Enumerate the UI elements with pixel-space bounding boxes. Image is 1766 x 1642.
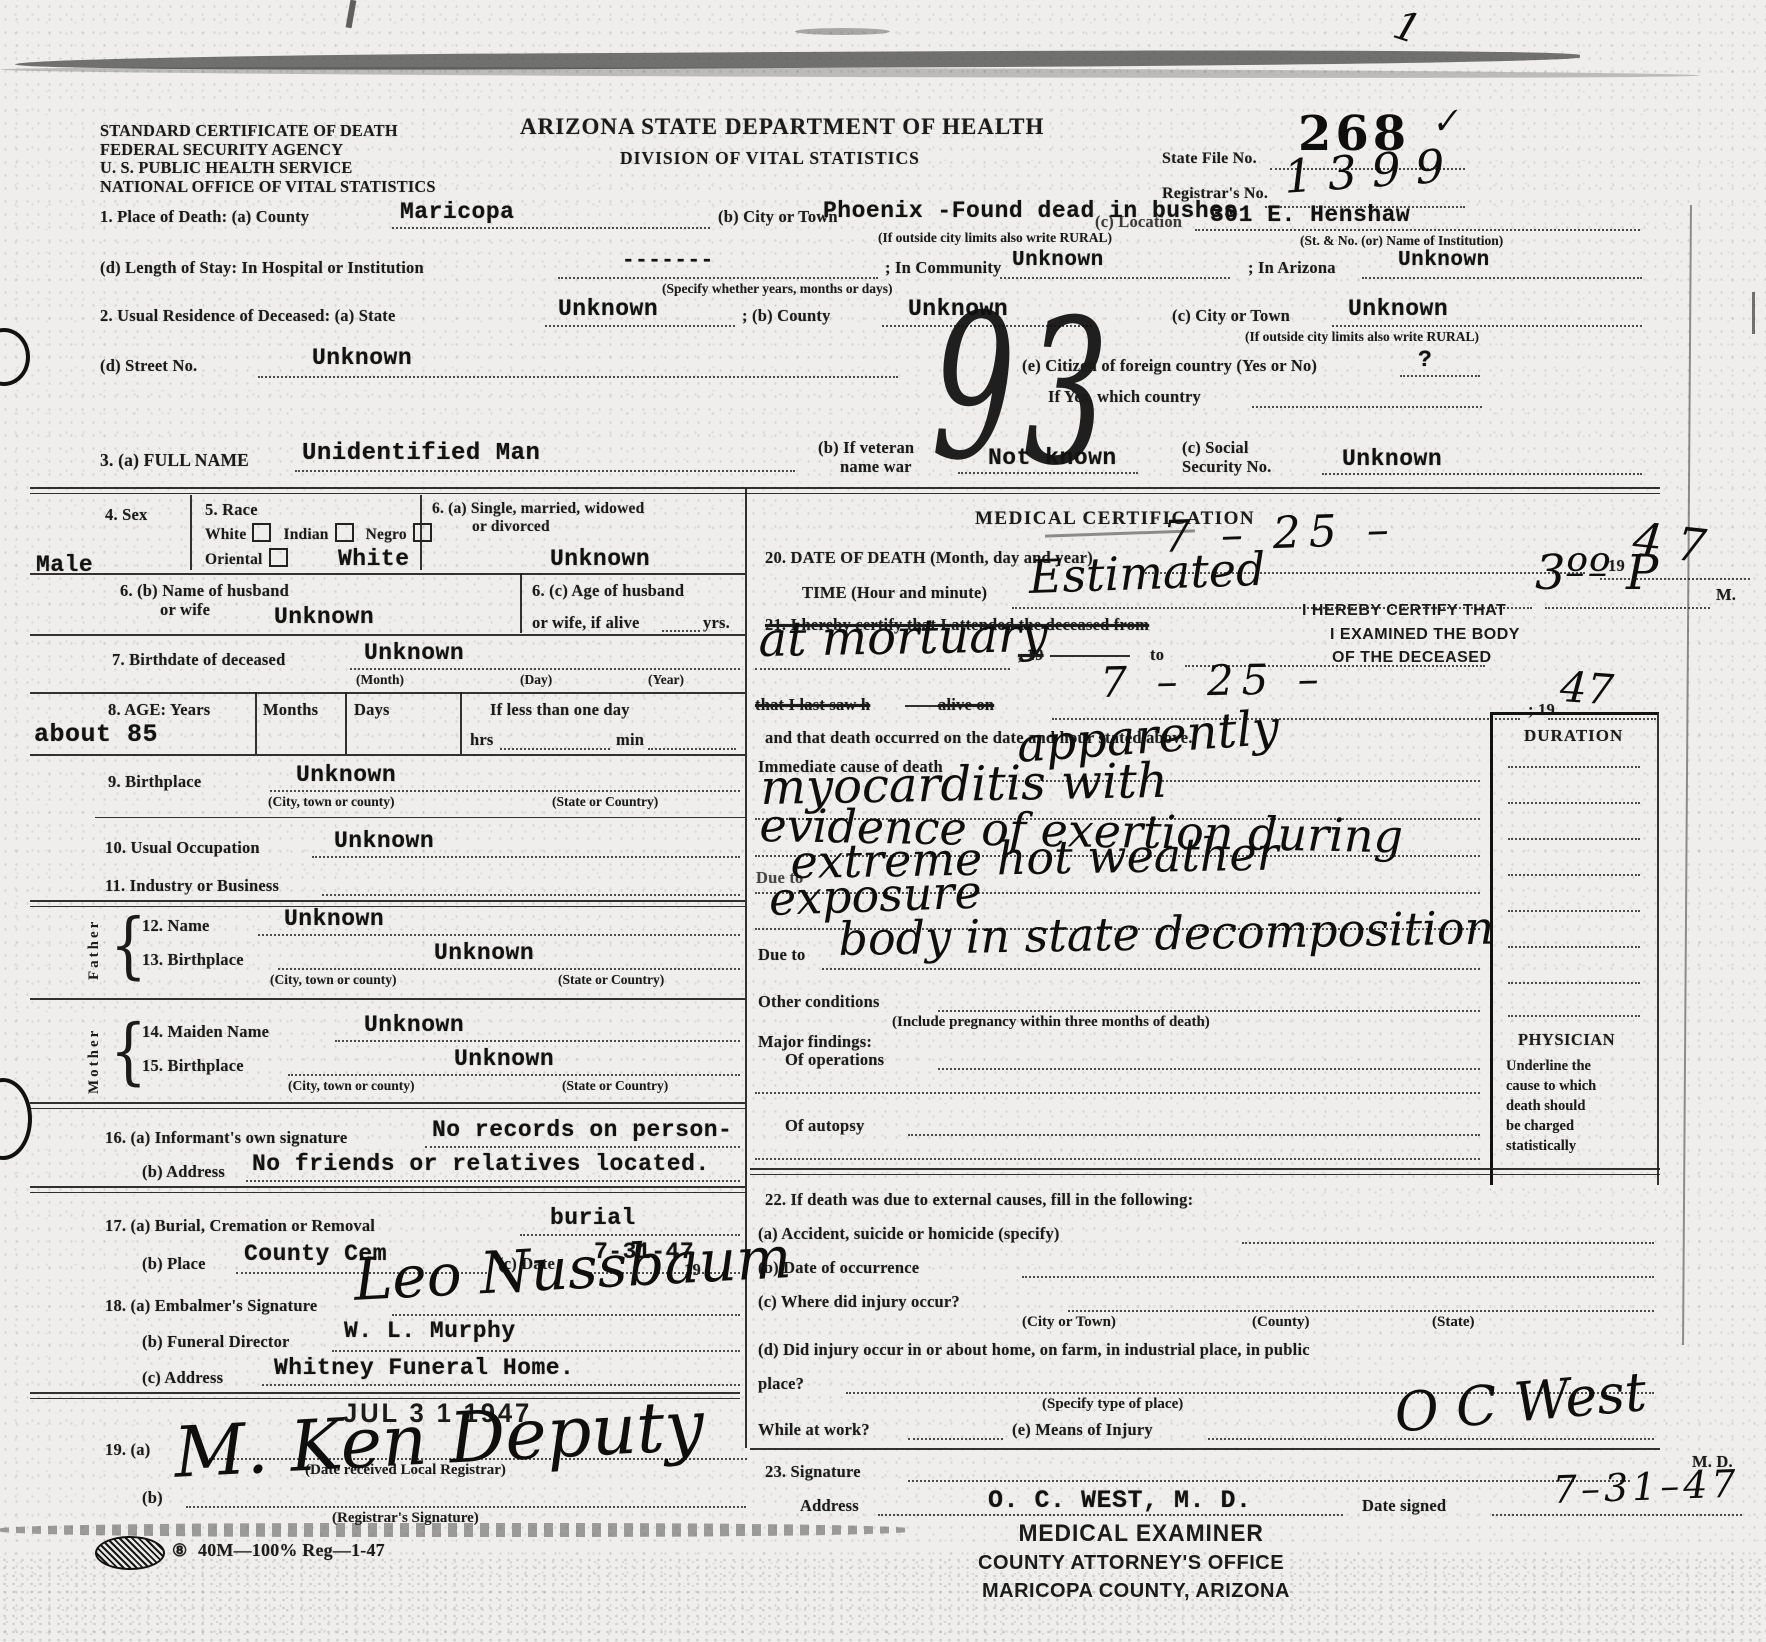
item22-label: 22. If death was due to external causes,… xyxy=(765,1190,1193,1210)
item6b-label2: or wife xyxy=(160,600,210,620)
item18c-label: (c) Address xyxy=(142,1368,223,1388)
right-paper-edge xyxy=(1682,205,1692,1345)
duration-line xyxy=(1508,1015,1640,1017)
item3-ssn-value: Unknown xyxy=(1342,446,1442,472)
physician-note-1: Underline the xyxy=(1506,1058,1591,1075)
item7-month-note: (Month) xyxy=(356,672,404,688)
left-edge-punch-2 xyxy=(0,1078,32,1160)
duration-line xyxy=(1508,802,1640,804)
item15-note1: (City, town or county) xyxy=(288,1078,415,1094)
time-m-label: M. xyxy=(1716,585,1736,605)
item8-label: 8. AGE: Years xyxy=(108,700,210,720)
line xyxy=(1022,1276,1654,1278)
checkbox-oriental xyxy=(269,548,288,567)
due-to-label: Due to xyxy=(758,945,806,965)
duration-label: DURATION xyxy=(1524,726,1623,746)
line xyxy=(258,934,740,936)
line xyxy=(335,1040,740,1042)
item15-value: Unknown xyxy=(454,1046,554,1072)
row-line xyxy=(30,692,745,694)
line xyxy=(1242,1242,1654,1244)
item22c-note3: (State) xyxy=(1432,1314,1474,1331)
item7-label: 7. Birthdate of deceased xyxy=(112,650,285,670)
item22a-label: (a) Accident, suicide or homicide (speci… xyxy=(758,1224,1060,1244)
item10-label: 10. Usual Occupation xyxy=(105,838,260,858)
item22c-note2: (County) xyxy=(1252,1314,1310,1331)
line xyxy=(392,1314,740,1316)
section-divider xyxy=(30,487,1660,494)
line xyxy=(1492,1514,1742,1516)
bottom-noise xyxy=(0,1556,1766,1642)
address-value: O. C. WEST, M. D. xyxy=(988,1486,1252,1515)
item6c-yrs: yrs. xyxy=(703,613,730,633)
line xyxy=(270,790,740,792)
mother-side-label: Mother xyxy=(86,1014,103,1094)
item14-label: 14. Maiden Name xyxy=(142,1022,269,1042)
major-findings-label: Major findings: xyxy=(758,1032,872,1052)
scan-mark-top2 xyxy=(795,28,890,35)
item22d-label2: place? xyxy=(758,1374,804,1394)
item1d-arizona-label: ; In Arizona xyxy=(1248,258,1336,278)
item3-ssn-label: (c) Social xyxy=(1182,438,1249,458)
item13-note2: (State or Country) xyxy=(558,972,664,988)
row-line xyxy=(30,634,745,636)
item13-value: Unknown xyxy=(434,940,534,966)
duration-line xyxy=(1508,766,1640,768)
physician-label: PHYSICIAN xyxy=(1518,1030,1615,1050)
item6b-label: 6. (b) Name of husband xyxy=(120,581,289,601)
item1-city-label: (b) City or Town xyxy=(718,207,838,227)
item6a-label: 6. (a) Single, married, widowed xyxy=(432,500,644,518)
due-hw-value: body in state decomposition xyxy=(838,901,1495,966)
race-white-label: White xyxy=(205,526,246,543)
line xyxy=(425,1146,740,1148)
line xyxy=(755,1092,1480,1094)
item22e-work-label: While at work? xyxy=(758,1420,870,1440)
item1-city-note: (If outside city limits also write RURAL… xyxy=(878,230,1112,246)
line xyxy=(350,668,740,670)
row-line xyxy=(30,1186,745,1193)
line xyxy=(246,1180,740,1182)
race-indian-label: Indian xyxy=(283,526,328,543)
lastsaw-date-value: 7 – 25 – xyxy=(1100,654,1327,707)
item17b-label: (b) Place xyxy=(142,1254,206,1274)
item2-state-value: Unknown xyxy=(558,296,658,322)
time-estimated-value: Estimated xyxy=(1028,542,1266,604)
line xyxy=(1252,406,1482,408)
item8-min-label: min xyxy=(616,730,644,750)
item2-county-label: ; (b) County xyxy=(742,306,831,326)
item7-year-note: (Year) xyxy=(648,672,684,688)
line xyxy=(648,748,736,750)
item5-value: White xyxy=(338,546,410,572)
item8-months-label: Months xyxy=(263,700,318,720)
cell-divider xyxy=(460,692,462,754)
line xyxy=(186,1506,746,1508)
corner-handwritten-mark: 1 xyxy=(1388,2,1426,54)
item2d-street-value: Unknown xyxy=(312,345,412,371)
item1-location-note: (St. & No. (or) Name of Institution) xyxy=(1300,233,1503,249)
item22d-note: (Specify type of place) xyxy=(1042,1396,1183,1413)
checkmark: ✓ xyxy=(1428,100,1462,144)
line xyxy=(908,1480,1630,1482)
examiner-line1: MEDICAL EXAMINER xyxy=(1018,1520,1263,1548)
item5-options-row2: Oriental xyxy=(205,548,300,569)
line xyxy=(755,668,1010,670)
item4-label: 4. Sex xyxy=(105,505,147,525)
item9-label: 9. Birthplace xyxy=(108,772,201,792)
item12-label: 12. Name xyxy=(142,916,210,936)
checkbox-negro xyxy=(413,523,432,542)
print-code-mark: ⑧ xyxy=(172,1541,187,1561)
line xyxy=(822,968,1480,970)
item1-location-value: 301 E. Henshaw xyxy=(1210,202,1410,228)
examiner-line2: COUNTY ATTORNEY'S OFFICE xyxy=(978,1552,1284,1575)
time-hour-value: 3ºº P xyxy=(1535,545,1658,601)
race-oriental-label: Oriental xyxy=(205,551,263,568)
item18c-value: Whitney Funeral Home. xyxy=(274,1355,574,1381)
item23-label: 23. Signature xyxy=(765,1462,861,1482)
checkbox-indian xyxy=(335,523,354,542)
row-line xyxy=(30,1102,745,1109)
line xyxy=(278,968,740,970)
page-subtitle: DIVISION OF VITAL STATISTICS xyxy=(620,148,920,169)
lastsaw-alive-struck: alive on xyxy=(938,695,994,715)
embalmer-signature: Leo Nussbaum xyxy=(352,1223,793,1314)
race-negro-label: Negro xyxy=(366,526,407,543)
line xyxy=(1362,277,1642,279)
item1d-community-value: Unknown xyxy=(1012,249,1104,272)
examined-stamp-line2: I EXAMINED THE BODY xyxy=(1330,626,1520,644)
item19b-note: (Registrar's Signature) xyxy=(332,1510,479,1527)
item2d-citizen-value: ? xyxy=(1418,347,1432,373)
item6a-label2: or divorced xyxy=(472,518,550,536)
scan-mark-top xyxy=(346,0,357,28)
item2d-street-label: (d) Street No. xyxy=(100,356,197,376)
item2d-citizen-label: (e) Citizen of foreign country (Yes or N… xyxy=(1022,356,1317,376)
registrar-number: 1 3 9 9 xyxy=(1282,139,1446,204)
line xyxy=(662,630,700,632)
mortuary-handwriting: at mortuary xyxy=(758,607,1048,668)
date-signed-value: 7–31–47 xyxy=(1552,1461,1740,1511)
physician-note-3: death should xyxy=(1506,1098,1585,1115)
duration-line xyxy=(1508,946,1640,948)
item18b-label: (b) Funeral Director xyxy=(142,1332,290,1352)
item22b-label: (b) Date of occurrence xyxy=(758,1258,919,1278)
right-edge-mark xyxy=(1752,292,1755,334)
of-autopsy-label: Of autopsy xyxy=(785,1116,864,1136)
left-edge-punch-1 xyxy=(0,328,30,386)
line xyxy=(312,856,740,858)
item16b-label: (b) Address xyxy=(142,1162,225,1182)
row-line xyxy=(30,573,745,575)
item22c-label: (c) Where did injury occur? xyxy=(758,1292,960,1312)
item3-veteran-label: (b) If veteran xyxy=(818,438,914,458)
physician-note-5: statistically xyxy=(1506,1138,1576,1155)
row-line xyxy=(750,1448,1660,1450)
line xyxy=(908,1438,1003,1440)
column-divider xyxy=(745,488,747,1448)
address-label: Address xyxy=(800,1496,859,1516)
agency-line: NATIONAL OFFICE OF VITAL STATISTICS xyxy=(100,178,436,197)
of-operations-label: Of operations xyxy=(785,1050,884,1070)
item1d-hospital-value: ------- xyxy=(622,250,714,273)
agency-line: U. S. PUBLIC HEALTH SERVICE xyxy=(100,159,436,178)
checkbox-white xyxy=(252,523,271,542)
item8-days-label: Days xyxy=(354,700,390,720)
cell-divider xyxy=(520,573,522,633)
line xyxy=(332,1350,740,1352)
item3-veteran-label2: name war xyxy=(840,457,912,477)
lastsaw-year-value: 47 xyxy=(1559,662,1616,715)
item2d-which-country: If Yes, which country xyxy=(1048,387,1201,407)
line xyxy=(1195,229,1640,231)
item7-value: Unknown xyxy=(364,640,464,666)
print-oval-stamp xyxy=(95,1536,165,1570)
date-signed-label: Date signed xyxy=(1362,1496,1446,1516)
item1-location-label: (c) Location xyxy=(1095,212,1182,232)
item18a-label: 18. (a) Embalmer's Signature xyxy=(105,1296,317,1316)
mother-brace: { xyxy=(110,1008,147,1093)
registrar-signature: M. Ken Deputy xyxy=(172,1384,706,1494)
item8-value: about 85 xyxy=(34,720,158,749)
line xyxy=(258,376,898,378)
item8-less-label: If less than one day xyxy=(490,700,630,720)
examined-stamp-line1: I HEREBY CERTIFY THAT xyxy=(1302,602,1506,620)
physician-note-4: be charged xyxy=(1506,1118,1574,1135)
item3-veteran-value: Not known xyxy=(988,445,1117,471)
item6c-label2: or wife, if alive xyxy=(532,613,640,633)
duration-line xyxy=(1508,910,1640,912)
duration-line xyxy=(1508,838,1640,840)
item15-note2: (State or Country) xyxy=(562,1078,668,1094)
item3-ssn-label2: Security No. xyxy=(1182,457,1271,477)
item2-city-note: (If outside city limits also write RURAL… xyxy=(1245,329,1479,345)
line xyxy=(908,1134,1480,1136)
item14-value: Unknown xyxy=(364,1012,464,1038)
line xyxy=(938,1068,1480,1070)
item12-value: Unknown xyxy=(284,906,384,932)
item6a-value: Unknown xyxy=(550,546,650,572)
row-line xyxy=(30,754,745,756)
item7-day-note: (Day) xyxy=(520,672,552,688)
item18b-value: W. L. Murphy xyxy=(344,1318,516,1344)
item9-note1: (City, town or county) xyxy=(268,794,395,810)
item1-label: 1. Place of Death: (a) County xyxy=(100,207,309,227)
crossout-line xyxy=(905,705,940,707)
state-file-label: State File No. xyxy=(1162,150,1257,168)
item1d-note: (Specify whether years, months or days) xyxy=(662,281,893,297)
item2-label: 2. Usual Residence of Deceased: (a) Stat… xyxy=(100,306,396,326)
row-line xyxy=(30,998,745,1000)
line xyxy=(755,1158,1480,1160)
item16b-value: No friends or relatives located. xyxy=(252,1151,710,1177)
page-title: ARIZONA STATE DEPARTMENT OF HEALTH xyxy=(520,114,1044,140)
item17a-label: 17. (a) Burial, Cremation or Removal xyxy=(105,1216,375,1236)
item1d-arizona-value: Unknown xyxy=(1398,249,1490,272)
line xyxy=(322,894,740,896)
print-code: 40M—100% Reg—1-47 xyxy=(198,1540,385,1561)
item9-note2: (State or Country) xyxy=(552,794,658,810)
item9-value: Unknown xyxy=(296,762,396,788)
duration-line xyxy=(1508,982,1640,984)
line xyxy=(295,470,795,472)
mortuary-19-printed: , 19 xyxy=(1018,645,1044,665)
item2-city-label: (c) City or Town xyxy=(1172,306,1290,326)
section-divider xyxy=(750,1168,1660,1175)
line xyxy=(1068,1310,1654,1312)
physician-note-2: cause to which xyxy=(1506,1078,1596,1095)
line xyxy=(958,472,1138,474)
father-side-label: Father xyxy=(86,908,103,980)
line xyxy=(545,325,735,327)
item15-label: 15. Birthplace xyxy=(142,1056,244,1076)
agency-line: FEDERAL SECURITY AGENCY xyxy=(100,141,436,160)
item16a-label: 16. (a) Informant's own signature xyxy=(105,1128,347,1148)
item5-options-row1: WhiteIndianNegro xyxy=(205,523,444,544)
other-conditions-label: Other conditions xyxy=(758,992,880,1012)
item17a-value: burial xyxy=(550,1205,636,1231)
line xyxy=(392,227,710,229)
agency-line: STANDARD CERTIFICATE OF DEATH xyxy=(100,122,436,141)
item11-label: 11. Industry or Business xyxy=(105,876,279,896)
row-line xyxy=(95,817,745,818)
time-label: TIME (Hour and minute) xyxy=(802,583,987,603)
cell-divider xyxy=(345,692,347,754)
line xyxy=(938,1010,1480,1012)
father-brace: { xyxy=(110,902,147,987)
physician-signature: O C West xyxy=(1392,1360,1649,1445)
line xyxy=(1332,325,1642,327)
scan-smudge-top-echo xyxy=(0,65,1700,80)
examiner-line3: MARICOPA COUNTY, ARIZONA xyxy=(982,1580,1290,1603)
item6c-label: 6. (c) Age of husband xyxy=(532,581,684,601)
item16a-value: No records on person- xyxy=(432,1117,732,1143)
death-certificate-scan: 1 STANDARD CERTIFICATE OF DEATH FEDERAL … xyxy=(0,0,1766,1642)
line xyxy=(500,748,610,750)
item1-county-value: Maricopa xyxy=(400,199,514,225)
cell-divider xyxy=(190,495,192,570)
agency-block: STANDARD CERTIFICATE OF DEATH FEDERAL SE… xyxy=(100,122,450,196)
duration-line xyxy=(1508,874,1640,876)
line xyxy=(558,277,878,279)
item3-name-value: Unidentified Man xyxy=(302,440,540,467)
item13-label: 13. Birthplace xyxy=(142,950,244,970)
other-conditions-note: (Include pregnancy within three months o… xyxy=(892,1014,1210,1031)
cell-divider xyxy=(255,692,257,754)
item22e-means-label: (e) Means of Injury xyxy=(1012,1420,1153,1440)
item10-value: Unknown xyxy=(334,828,434,854)
line xyxy=(1322,473,1642,475)
item1d-label: (d) Length of Stay: In Hospital or Insti… xyxy=(100,258,424,278)
lastsaw-struck-text: that I last saw h xyxy=(755,695,870,715)
line xyxy=(1545,607,1710,609)
item2-city-value: Unknown xyxy=(1348,296,1448,322)
line xyxy=(1400,375,1480,377)
item5-label: 5. Race xyxy=(205,500,258,520)
item13-note1: (City, town or county) xyxy=(270,972,397,988)
item3-label: 3. (a) FULL NAME xyxy=(100,450,249,471)
item19a-label: 19. (a) xyxy=(105,1440,150,1460)
line xyxy=(288,1074,740,1076)
item8-hrs-label: hrs xyxy=(470,730,494,750)
item19b-label: (b) xyxy=(142,1488,163,1508)
item22c-note1: (City or Town) xyxy=(1022,1314,1116,1331)
item6b-value: Unknown xyxy=(274,604,374,630)
item22d-label: (d) Did injury occur in or about home, o… xyxy=(758,1340,1310,1360)
